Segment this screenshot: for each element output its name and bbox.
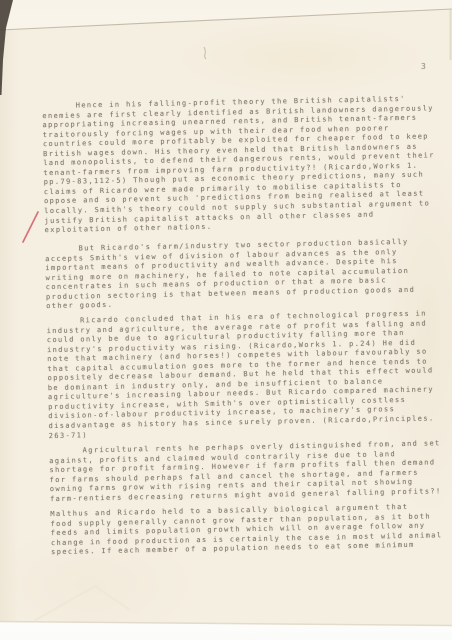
paragraph-2: But Ricardo's farm/industry two sector p… <box>45 237 452 312</box>
page-number: 3 <box>421 62 426 71</box>
paragraph-5: Malthus and Ricardo held to a basically … <box>50 502 452 558</box>
typed-text-block: Hence in his falling-profit theory the B… <box>0 0 452 640</box>
paragraph-1: Hence in his falling-profit theory the B… <box>42 94 452 236</box>
scanned-page: Hence in his falling-profit theory the B… <box>0 0 452 640</box>
paragraph-3: Ricardo concluded that in his era of tec… <box>46 309 452 441</box>
paragraph-4: Agricultural rents he perhaps overly dis… <box>49 439 452 505</box>
